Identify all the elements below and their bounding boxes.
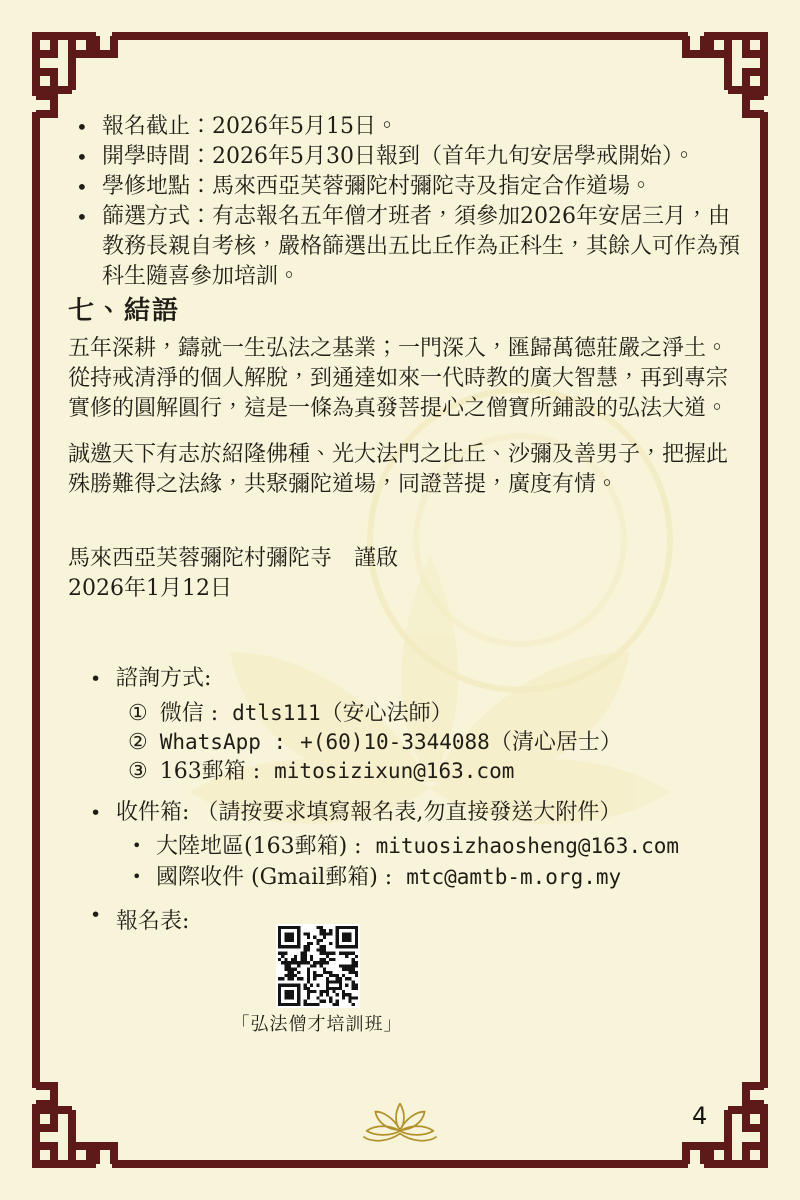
form-section: 報名表: [90,904,189,935]
lotus-icon [356,1098,444,1148]
list-item: 篩選方式：有志報名五年僧才班者，須參加2026年安居三月，由教務長親自考核，嚴格… [64,202,748,292]
circled-number-3: ③ [128,759,148,784]
qr-code-image [278,926,358,1006]
email-163: mitosizixun@163.com [274,759,514,783]
mailbox-label: 國際收件 (Gmail郵箱) : [156,865,392,890]
mailbox-email-gmail: mtc@amtb-m.org.my [406,865,621,889]
page-number: 4 [692,1102,707,1130]
mailbox-item-international: 國際收件 (Gmail郵箱) :mtc@amtb-m.org.my [130,862,679,893]
contact-section: 諮詢方式: ①微信 :dtls111（安心法師） ②WhatsApp :+(60… [90,664,622,786]
enrollment-info-list: 報名截止：2026年5月15日。 開學時間：2026年5月30日報到（首年九旬安… [64,112,748,292]
mailbox-heading: 收件箱: （請按要求填寫報名表,勿直接發送大附件） [90,798,679,828]
qr-caption: 「弘法僧才培訓班」 [217,1010,417,1036]
conclusion-paragraph-2: 誠邀天下有志於紹隆佛種、光大法門之比丘、沙彌及善男子，把握此殊勝難得之法緣，共聚… [68,440,736,500]
signoff-date: 2026年1月12日 [68,574,398,604]
contact-label: WhatsApp : [160,730,286,754]
wechat-id: dtls111 [232,701,321,725]
circled-number-1: ① [128,701,148,726]
whatsapp-number: +(60)10-3344088 [300,730,490,754]
contact-item-whatsapp: ②WhatsApp :+(60)10-3344088（清心居士） [128,728,622,757]
list-item: 學修地點：馬來西亞芙蓉彌陀村彌陀寺及指定合作道場。 [64,172,748,202]
contact-note: （清心居士） [490,730,622,755]
document-page: 報名截止：2026年5月15日。 開學時間：2026年5月30日報到（首年九旬安… [0,0,800,1200]
contact-item-wechat: ①微信 :dtls111（安心法師） [128,699,622,728]
list-item-text: 開學時間：2026年5月30日報到（首年九旬安居學戒開始）。 [102,144,695,169]
contact-heading: 諮詢方式: [90,664,622,694]
mailbox-items: 大陸地區(163郵箱) :mituosizhaosheng@163.com 國際… [90,831,679,893]
mailbox-label: 大陸地區(163郵箱) : [156,834,362,859]
list-item-text: 篩選方式：有志報名五年僧才班者，須參加2026年安居三月，由教務長親自考核，嚴格… [102,204,740,289]
list-item-text: 報名截止：2026年5月15日。 [102,114,398,139]
mailbox-section: 收件箱: （請按要求填寫報名表,勿直接發送大附件） 大陸地區(163郵箱) :m… [90,798,679,893]
mailbox-email-163: mituosizhaosheng@163.com [376,834,679,858]
list-item-text: 學修地點：馬來西亞芙蓉彌陀村彌陀寺及指定合作道場。 [102,174,652,199]
qr-code [276,924,360,1008]
contact-item-email: ③163郵箱 :mitosizixun@163.com [128,757,622,786]
circled-number-2: ② [128,730,148,755]
contact-items: ①微信 :dtls111（安心法師） ②WhatsApp :+(60)10-33… [90,699,622,786]
contact-note: （安心法師） [321,701,453,726]
signoff-temple-line: 馬來西亞芙蓉彌陀村彌陀寺 謹啟 [68,544,398,574]
signoff: 馬來西亞芙蓉彌陀村彌陀寺 謹啟 2026年1月12日 [68,544,398,604]
form-heading: 報名表: [90,904,189,935]
mailbox-item-china: 大陸地區(163郵箱) :mituosizhaosheng@163.com [130,831,679,862]
section-heading: 七、結語 [68,290,180,327]
list-item: 開學時間：2026年5月30日報到（首年九旬安居學戒開始）。 [64,142,748,172]
contact-label: 163郵箱 : [160,759,260,784]
list-item: 報名截止：2026年5月15日。 [64,112,748,142]
contact-label: 微信 : [160,701,218,726]
conclusion-paragraph-1: 五年深耕，鑄就一生弘法之基業；一門深入，匯歸萬德莊嚴之淨土。從持戒清淨的個人解脫… [68,334,736,424]
